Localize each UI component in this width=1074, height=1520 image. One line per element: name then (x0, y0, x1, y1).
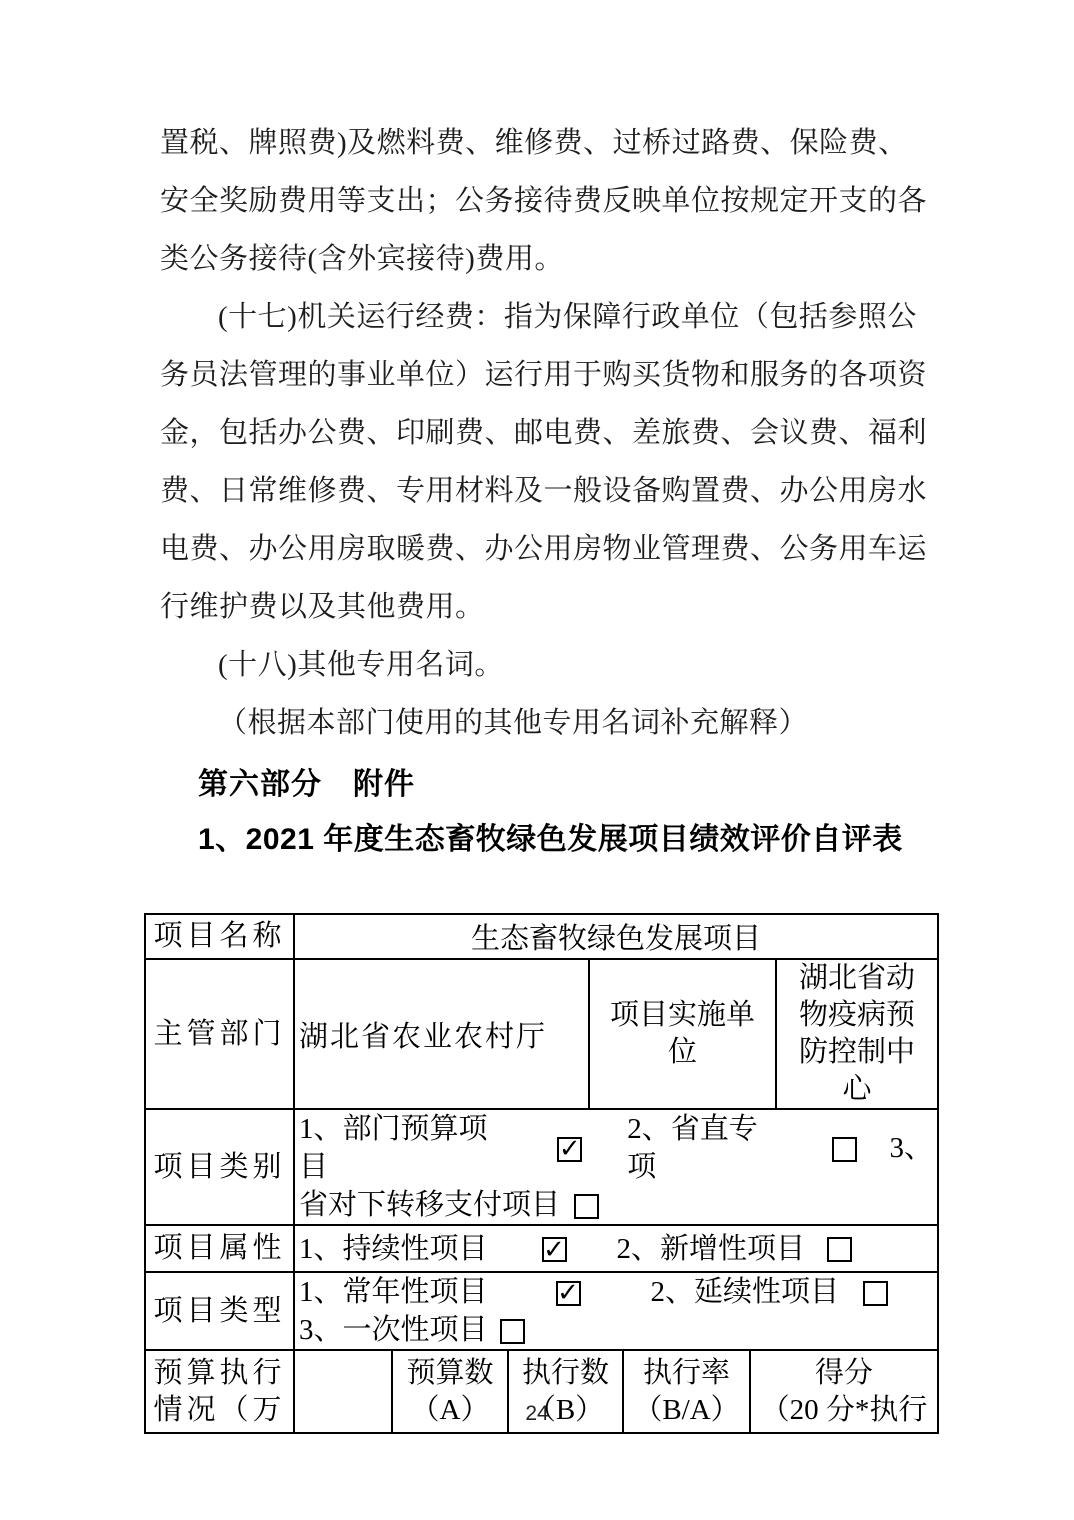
type-option2-checkbox-icon (863, 1281, 888, 1306)
paragraph-vehicle-fees: 置税、牌照费)及燃料费、维修费、过桥过路费、保险费、 安全奖励费用等支出；公务接… (160, 114, 938, 288)
department-value: 湖北省农业农村厅 (294, 959, 589, 1109)
paragraph-18-other-terms: (十八)其他专用名词。 (160, 636, 938, 694)
type-option-line-2: 3、一次性项目 (299, 1311, 933, 1349)
implementing-unit-value: 湖北省动 物疫病预 防控制中 心 (776, 959, 938, 1109)
category-option1-checkbox-checked-icon: ✓ (557, 1137, 582, 1162)
project-name-value: 生态畜牧绿色发展项目 (294, 914, 938, 959)
paragraph-17-operating-funds: (十七)机关运行经费：指为保障行政单位（包括参照公 务员法管理的事业单位）运行用… (160, 288, 938, 636)
category-option-line-2: 省对下转移支付项目 (299, 1186, 933, 1224)
type-option3-checkbox-icon (500, 1319, 525, 1344)
attribute-option2-checkbox-icon (827, 1237, 852, 1262)
project-category-options: 1、部门预算项目 ✓ 2、省直专项 3、 省对下转移支付项目 (294, 1109, 938, 1225)
project-name-label: 项目名称 (145, 914, 294, 959)
category-option-line-1: 1、部门预算项目 ✓ 2、省直专项 3、 (299, 1110, 933, 1186)
table-row-project-name: 项目名称 生态畜牧绿色发展项目 (145, 914, 938, 959)
section-six-heading: 第六部分 附件 (160, 760, 938, 810)
implementing-unit-label: 项目实施单 位 (589, 959, 776, 1109)
page-number: 24 (0, 1402, 1074, 1426)
table-row-department: 主管部门 湖北省农业农村厅 项目实施单 位 湖北省动 物疫病预 防控制中 心 (145, 959, 938, 1109)
project-type-options: 1、常年性项目 ✓ 2、延续性项目 3、一次性项目 (294, 1272, 938, 1350)
department-label: 主管部门 (145, 959, 294, 1109)
performance-evaluation-table: 项目名称 生态畜牧绿色发展项目 主管部门 湖北省农业农村厅 项目实施单 位 湖北… (144, 913, 939, 1434)
project-type-label: 项目类型 (145, 1272, 294, 1350)
type-option-line-1: 1、常年性项目 ✓ 2、延续性项目 (299, 1273, 933, 1311)
attribute-option-line: 1、持续性项目 ✓ 2、新增性项目 (299, 1230, 933, 1268)
category-option3-text: 省对下转移支付项目 (299, 1186, 560, 1224)
category-option2-checkbox-icon (832, 1137, 857, 1162)
category-option1-text: 1、部门预算项目 (299, 1110, 509, 1186)
table-row-project-category: 项目类别 1、部门预算项目 ✓ 2、省直专项 3、 省对下转移支付项目 (145, 1109, 938, 1225)
category-option3-checkbox-icon (574, 1194, 599, 1219)
attribute-option1-checkbox-checked-icon: ✓ (542, 1237, 567, 1262)
attribute-option1-text: 1、持续性项目 (299, 1230, 488, 1268)
attribute-option2-text: 2、新增性项目 (617, 1230, 806, 1268)
type-option3-text: 3、一次性项目 (299, 1311, 488, 1349)
document-body: 置税、牌照费)及燃料费、维修费、过桥过路费、保险费、 安全奖励费用等支出；公务接… (160, 114, 938, 866)
table-row-project-attribute: 项目属性 1、持续性项目 ✓ 2、新增性项目 (145, 1225, 938, 1272)
table-row-project-type: 项目类型 1、常年性项目 ✓ 2、延续性项目 3、一次性项目 (145, 1272, 938, 1350)
project-attribute-label: 项目属性 (145, 1225, 294, 1272)
project-attribute-options: 1、持续性项目 ✓ 2、新增性项目 (294, 1225, 938, 1272)
category-option2-text: 2、省直专项 (627, 1110, 781, 1186)
type-option1-checkbox-checked-icon: ✓ (556, 1281, 581, 1306)
document-page: 置税、牌照费)及燃料费、维修费、过桥过路费、保险费、 安全奖励费用等支出；公务接… (0, 0, 1074, 1520)
category-option3-prefix: 3、 (889, 1129, 933, 1167)
type-option1-text: 1、常年性项目 (299, 1273, 488, 1311)
paragraph-supplement-note: （根据本部门使用的其他专用名词补充解释） (160, 694, 938, 752)
attachment-1-title: 1、2021 年度生态畜牧绿色发展项目绩效评价自评表 (160, 814, 938, 866)
project-category-label: 项目类别 (145, 1109, 294, 1225)
type-option2-text: 2、延续性项目 (651, 1273, 840, 1311)
